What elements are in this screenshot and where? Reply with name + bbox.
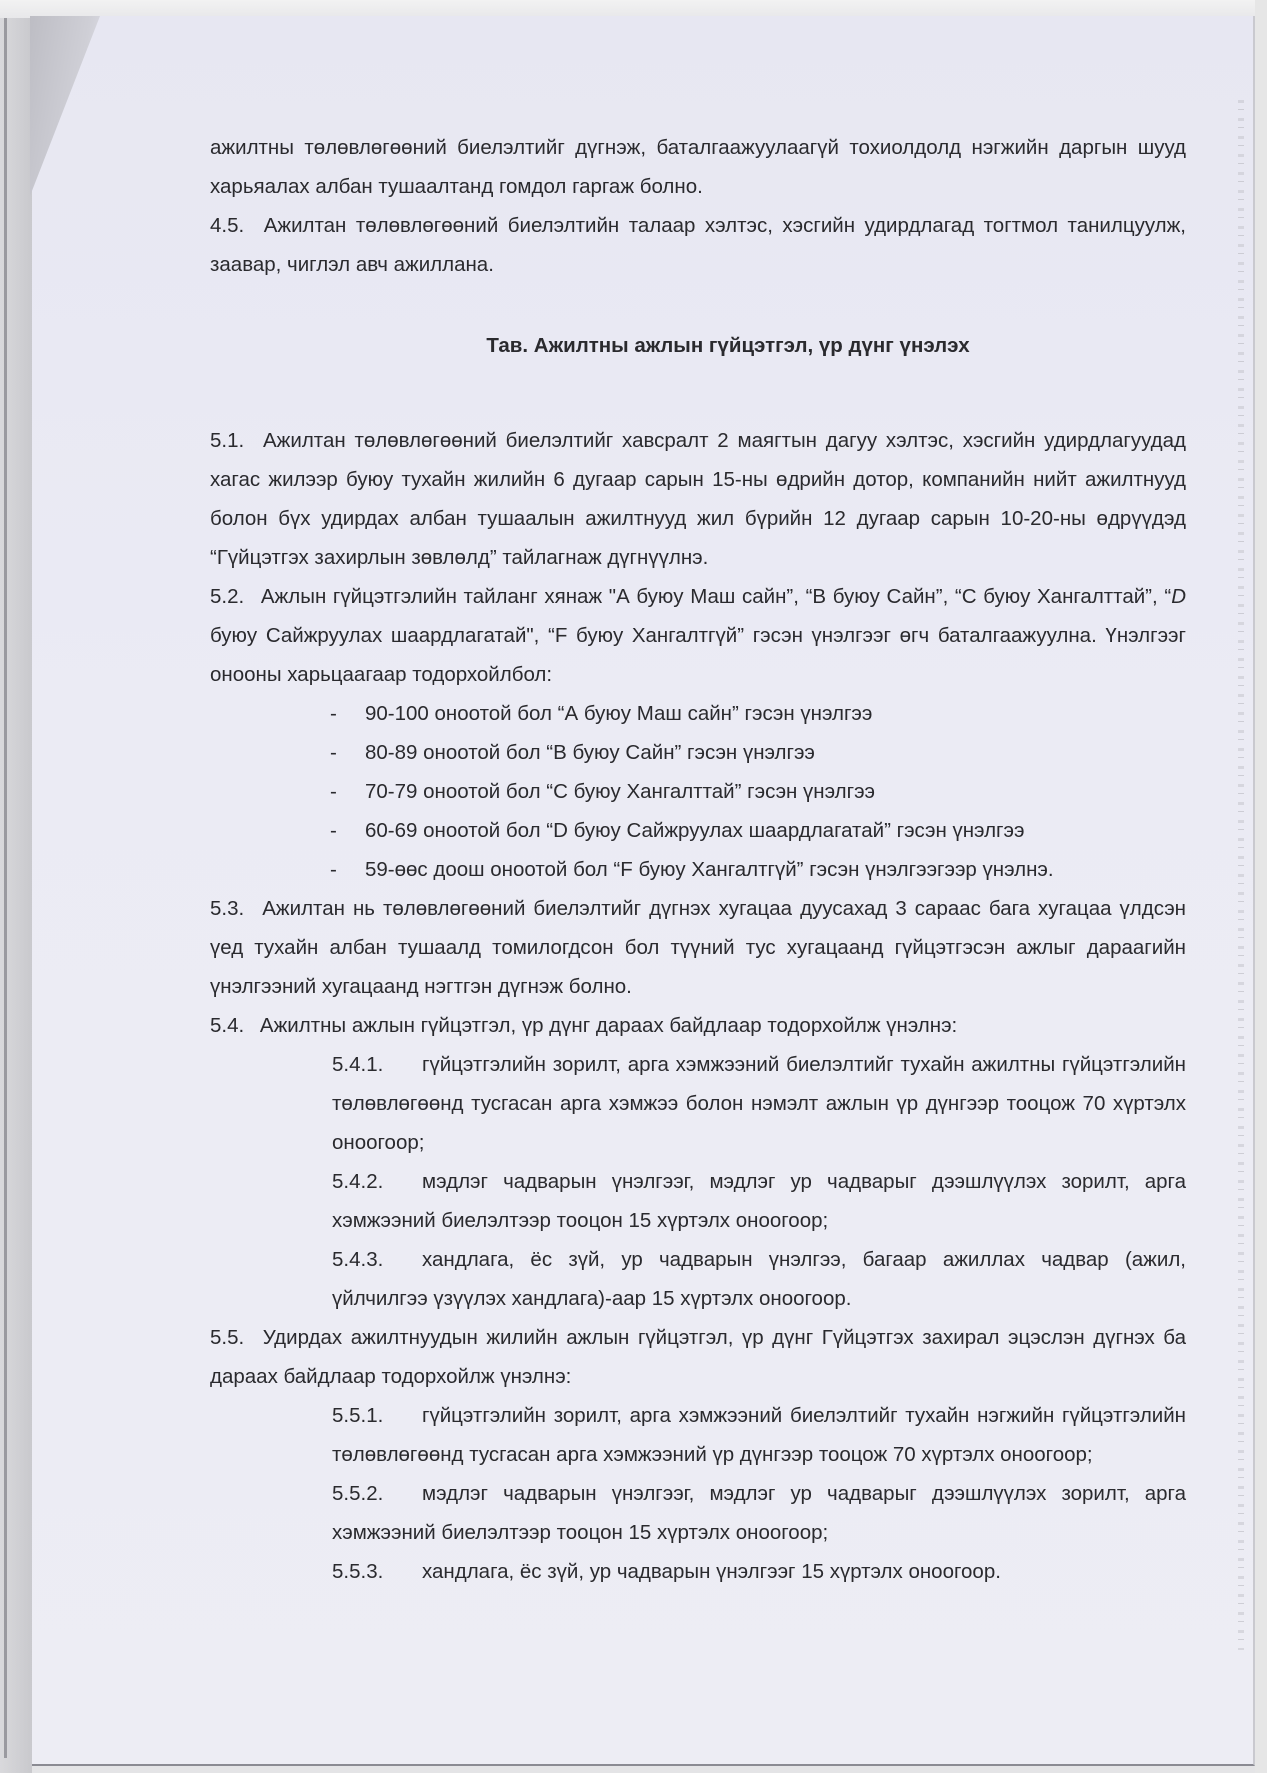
paragraph-5-5: 5.5. Удирдах ажилтнуудын жилийн ажлын гү… — [210, 1318, 1186, 1396]
page-edge-shadow — [4, 18, 7, 1758]
paragraph-number: 5.2. — [210, 585, 244, 608]
dash-bullet: - — [330, 811, 337, 850]
paragraph-text: Ажилтан нь төлөвлөгөөний биелэлтийг дүгн… — [210, 897, 1186, 998]
paragraph-continuation: ажилтны төлөвлөгөөний биелэлтийг дүгнэж,… — [210, 128, 1186, 206]
subparagraph-5-4-2: 5.4.2.мэдлэг чадварын үнэлгээг, мэдлэг у… — [210, 1162, 1186, 1240]
subparagraph-5-5-3: 5.5.3.хандлага, ёс зүй, ур чадварын үнэл… — [210, 1552, 1186, 1591]
dash-bullet: - — [330, 733, 337, 772]
subparagraph-number: 5.5.3. — [332, 1552, 422, 1591]
dash-bullet: - — [330, 772, 337, 811]
paragraph-text: буюу Сайжруулах шаардлагатай", “F буюу Х… — [210, 624, 1186, 686]
subparagraph-5-4-3: 5.4.3.хандлага, ёс зүй, ур чадварын үнэл… — [210, 1240, 1186, 1318]
paragraph-text: Удирдах ажилтнуудын жилийн ажлын гүйцэтг… — [210, 1326, 1186, 1388]
paragraph-text: Ажилтан төлөвлөгөөний биелэлтийг хавсрал… — [210, 429, 1186, 569]
list-item: -90-100 оноотой бол “А буюу Маш сайн” гэ… — [210, 694, 1186, 733]
subparagraph-text: гүйцэтгэлийн зорилт, арга хэмжээний биел… — [332, 1404, 1186, 1466]
paragraph-5-3: 5.3. Ажилтан нь төлөвлөгөөний биелэлтийг… — [210, 889, 1186, 1006]
grade-list: -90-100 оноотой бол “А буюу Маш сайн” гэ… — [210, 694, 1186, 889]
dash-bullet: - — [330, 694, 337, 733]
scan-background-right — [1255, 0, 1267, 1773]
dash-bullet: - — [330, 850, 337, 889]
document-body: ажилтны төлөвлөгөөний биелэлтийг дүгнэж,… — [210, 128, 1186, 1591]
paragraph-5-2: 5.2. Ажлын гүйцэтгэлийн тайланг хянаж "А… — [210, 577, 1186, 694]
subparagraph-text: хандлага, ёс зүй, ур чадварын үнэлгээ, б… — [332, 1248, 1186, 1310]
paragraph-number: 5.1. — [210, 429, 244, 452]
paragraph-number: 5.5. — [210, 1326, 244, 1349]
subparagraph-number: 5.4.2. — [332, 1162, 422, 1201]
paragraph-4-5: 4.5. Ажилтан төлөвлөгөөний биелэлтийн та… — [210, 206, 1186, 284]
paragraph-text: Ажилтан төлөвлөгөөний биелэлтийн талаар … — [210, 214, 1186, 276]
subparagraph-number: 5.5.2. — [332, 1474, 422, 1513]
scan-edge-noise — [1238, 100, 1244, 1650]
paragraph-5-4: 5.4. Ажилтны ажлын гүйцэтгэл, үр дүнг да… — [210, 1006, 1186, 1045]
list-item: -59-өөс доош оноотой бол “F буюу Хангалт… — [210, 850, 1186, 889]
subparagraph-text: мэдлэг чадварын үнэлгээг, мэдлэг ур чадв… — [332, 1482, 1186, 1544]
subparagraph-5-4-1: 5.4.1.гүйцэтгэлийн зорилт, арга хэмжээни… — [210, 1045, 1186, 1162]
paragraph-text: Ажилтны ажлын гүйцэтгэл, үр дүнг дараах … — [260, 1014, 957, 1037]
subparagraph-number: 5.4.3. — [332, 1240, 422, 1279]
section-title: Тав. Ажилтны ажлын гүйцэтгэл, үр дүнг үн… — [210, 326, 1186, 365]
subparagraph-number: 5.5.1. — [332, 1396, 422, 1435]
list-item: -70-79 оноотой бол “С буюу Хангалттай” г… — [210, 772, 1186, 811]
subparagraph-text: хандлага, ёс зүй, ур чадварын үнэлгээг 1… — [422, 1560, 1001, 1583]
list-item: -80-89 оноотой бол “В буюу Сайн” гэсэн ү… — [210, 733, 1186, 772]
paragraph-number: 4.5. — [210, 214, 244, 237]
subparagraph-text: гүйцэтгэлийн зорилт, арга хэмжээний биел… — [332, 1053, 1186, 1154]
subparagraph-text: мэдлэг чадварын үнэлгээг, мэдлэг ур чадв… — [332, 1170, 1186, 1232]
list-item: -60-69 оноотой бол “D буюу Сайжруулах ша… — [210, 811, 1186, 850]
paragraph-number: 5.3. — [210, 897, 244, 920]
subparagraph-5-5-1: 5.5.1.гүйцэтгэлийн зорилт, арга хэмжээни… — [210, 1396, 1186, 1474]
paragraph-5-1: 5.1. Ажилтан төлөвлөгөөний биелэлтийг ха… — [210, 421, 1186, 577]
subparagraph-5-5-2: 5.5.2.мэдлэг чадварын үнэлгээг, мэдлэг у… — [210, 1474, 1186, 1552]
paragraph-text-italic: D — [1171, 585, 1186, 608]
paragraph-text: Ажлын гүйцэтгэлийн тайланг хянаж "А буюу… — [261, 585, 1171, 608]
subparagraph-number: 5.4.1. — [332, 1045, 422, 1084]
paragraph-number: 5.4. — [210, 1014, 244, 1037]
